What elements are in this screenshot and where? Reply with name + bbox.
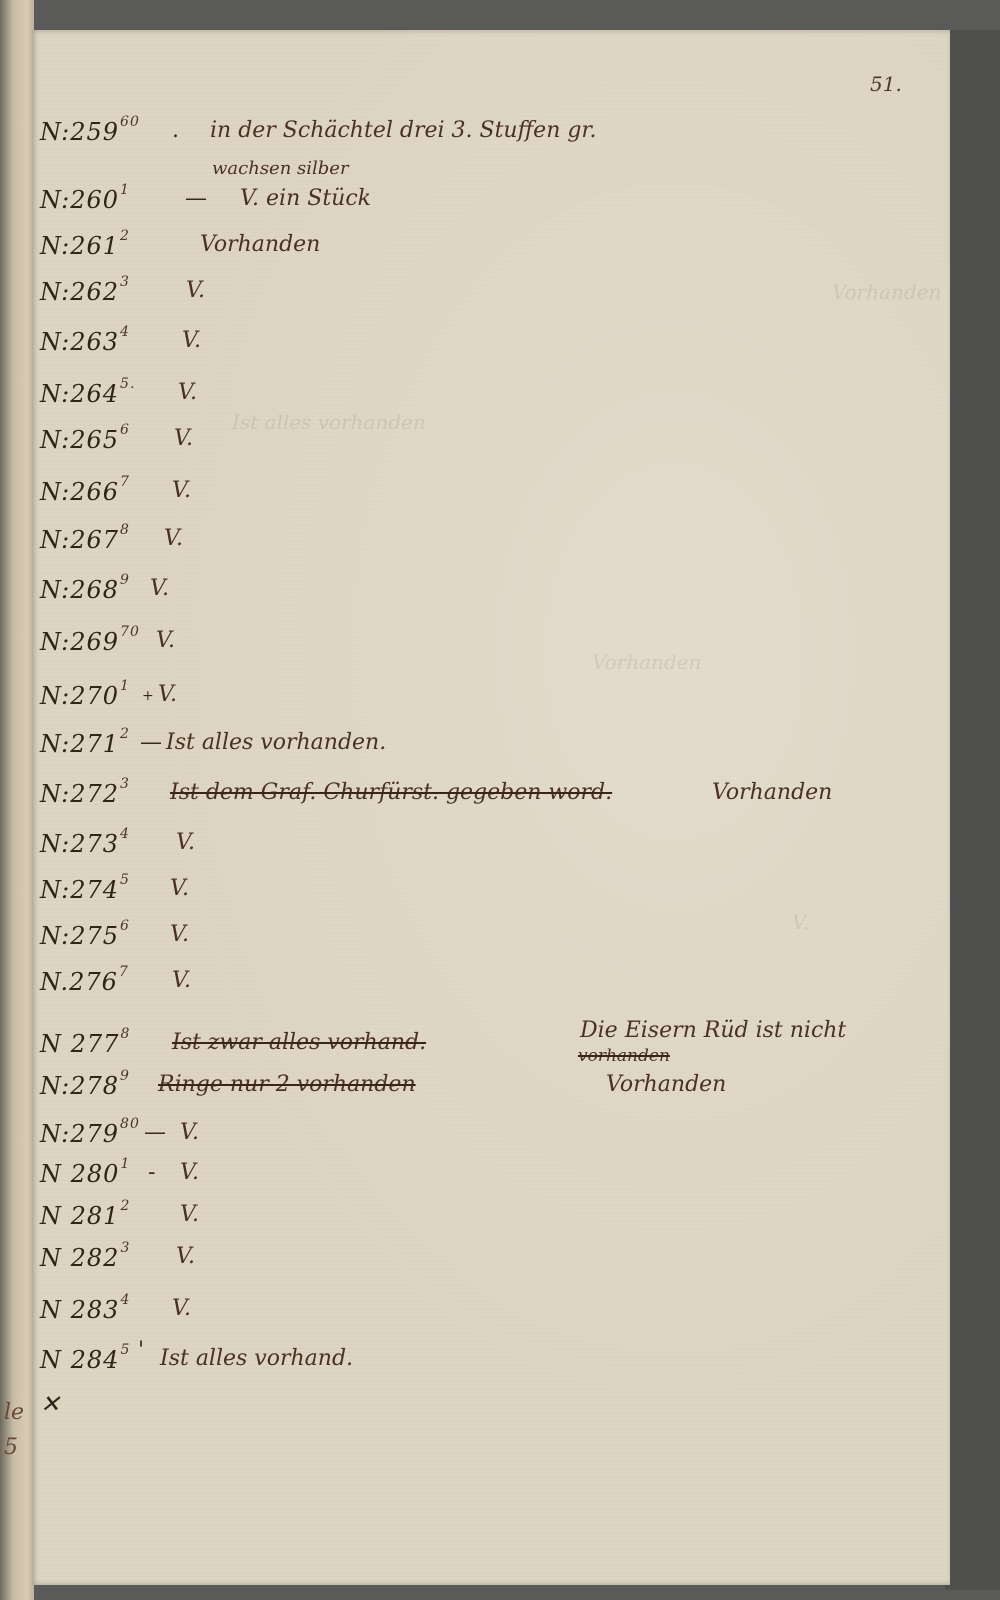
struck-entry: Ist dem Graf. Churfürst. gegeben word. <box>170 780 612 805</box>
inventory-row: N:27980 — V. <box>0 1120 1000 1156</box>
item-number: N 2801 <box>40 1160 130 1188</box>
item-number: N 2812 <box>40 1202 130 1230</box>
item-number: N:2612 <box>40 232 130 260</box>
item-number: N 2845 <box>40 1346 130 1374</box>
inventory-row: N:2623 V. <box>0 278 1000 314</box>
inventory-row: N:2612 Vorhanden <box>0 232 1000 268</box>
inventory-row: N:2634 V. <box>0 328 1000 364</box>
item-entry: V. <box>178 380 197 405</box>
item-entry: V. <box>186 278 205 303</box>
item-entry: Ist alles vorhand. <box>160 1346 353 1371</box>
inventory-row: N:2712 — Ist alles vorhanden. <box>0 730 1000 766</box>
item-entry: V. ein Stück <box>240 186 371 211</box>
end-mark: ✕ <box>40 1390 61 1418</box>
item-number: N 2834 <box>40 1296 130 1324</box>
inventory-row: N:26970 V. <box>0 628 1000 664</box>
item-entry: V. <box>170 922 189 947</box>
item-number: N:2601 <box>40 186 130 214</box>
inventory-row: N:2723 Ist dem Graf. Churfürst. gegeben … <box>0 780 1000 816</box>
item-entry: Vorhanden <box>200 232 320 257</box>
folio-number: 51. <box>870 72 902 96</box>
inventory-row: N:2756 V. <box>0 922 1000 958</box>
struck-entry: Ringe nur 2 vorhanden <box>158 1072 416 1097</box>
margin-mark: 5 <box>4 1435 18 1460</box>
inventory-row: N 2778 Ist zwar alles vorhand. Die Eiser… <box>0 1030 1000 1066</box>
end-mark-row: ✕ <box>0 1390 1000 1426</box>
item-number: N:2712 <box>40 730 130 758</box>
item-number: N:2678 <box>40 526 130 554</box>
struck-entry: Ist zwar alles vorhand. <box>172 1030 426 1055</box>
inventory-row: N 2812 V. <box>0 1202 1000 1238</box>
inventory-row: N:2678 V. <box>0 526 1000 562</box>
correction-entry: Die Eisern Rüd ist nicht <box>580 1018 846 1043</box>
inventory-row: N 2801 - V. <box>0 1160 1000 1196</box>
inventory-row: N:2789 Ringe nur 2 vorhanden Vorhanden <box>0 1072 1000 1108</box>
correction-entry: Vorhanden <box>606 1072 726 1097</box>
item-entry: V. <box>180 1202 199 1227</box>
item-number: N:26970 <box>40 628 140 656</box>
item-number: N:2623 <box>40 278 130 306</box>
item-number: N.2767 <box>40 968 129 996</box>
inventory-row: N:2656 V. <box>0 426 1000 462</box>
inventory-row: N.2767 V. <box>0 968 1000 1004</box>
inventory-row: N:2689 V. <box>0 576 1000 612</box>
item-entry: V. <box>176 1244 195 1269</box>
item-entry: V. <box>180 1120 199 1145</box>
inventory-row: N:2645. V. <box>0 380 1000 416</box>
item-number: N:2756 <box>40 922 130 950</box>
item-entry: V. <box>172 478 191 503</box>
item-number: N 2778 <box>40 1030 130 1058</box>
inventory-row: N:2667 V. <box>0 478 1000 514</box>
inventory-row: N 2823 V. <box>0 1244 1000 1280</box>
item-entry: V. <box>180 1160 199 1185</box>
item-number: N:2734 <box>40 830 130 858</box>
item-entry: V. <box>172 968 191 993</box>
inventory-row: N:2701 + V. <box>0 682 1000 718</box>
item-entry: V. <box>150 576 169 601</box>
item-entry-continued: wachsen silber <box>212 158 349 179</box>
item-number: N:2701 <box>40 682 130 710</box>
item-number: N:25960 <box>40 118 140 146</box>
item-number: N:27980 <box>40 1120 140 1148</box>
item-entry: V. <box>182 328 201 353</box>
item-entry: V. <box>172 1296 191 1321</box>
item-entry: V. <box>176 830 195 855</box>
item-number: N:2723 <box>40 780 130 808</box>
item-entry: V. <box>156 628 175 653</box>
inventory-row: N 2845 ' Ist alles vorhand. <box>0 1346 1000 1382</box>
struck-correction: vorhanden <box>578 1046 670 1066</box>
item-entry: V. <box>170 876 189 901</box>
item-number: N:2789 <box>40 1072 130 1100</box>
inventory-row: N:2734 V. <box>0 830 1000 866</box>
item-number: N 2823 <box>40 1244 130 1272</box>
item-entry: Ist alles vorhanden. <box>166 730 386 755</box>
correction-entry: Vorhanden <box>712 780 832 805</box>
item-number: N:2656 <box>40 426 130 454</box>
inventory-row: N 2834 V. <box>0 1296 1000 1332</box>
item-entry: V. <box>174 426 193 451</box>
inventory-row: N:2745 V. <box>0 876 1000 912</box>
item-entry: V. <box>158 682 177 707</box>
item-number: N:2667 <box>40 478 130 506</box>
item-number: N:2745 <box>40 876 130 904</box>
item-number: N:2645. <box>40 380 135 408</box>
item-number: N:2689 <box>40 576 130 604</box>
item-entry: V. <box>164 526 183 551</box>
inventory-row: N:2601 — V. ein Stück <box>0 186 1000 222</box>
item-number: N:2634 <box>40 328 130 356</box>
inventory-row: N:25960 . in der Schächtel drei 3. Stuff… <box>0 118 1000 154</box>
item-entry: in der Schächtel drei 3. Stuffen gr. <box>210 118 597 143</box>
